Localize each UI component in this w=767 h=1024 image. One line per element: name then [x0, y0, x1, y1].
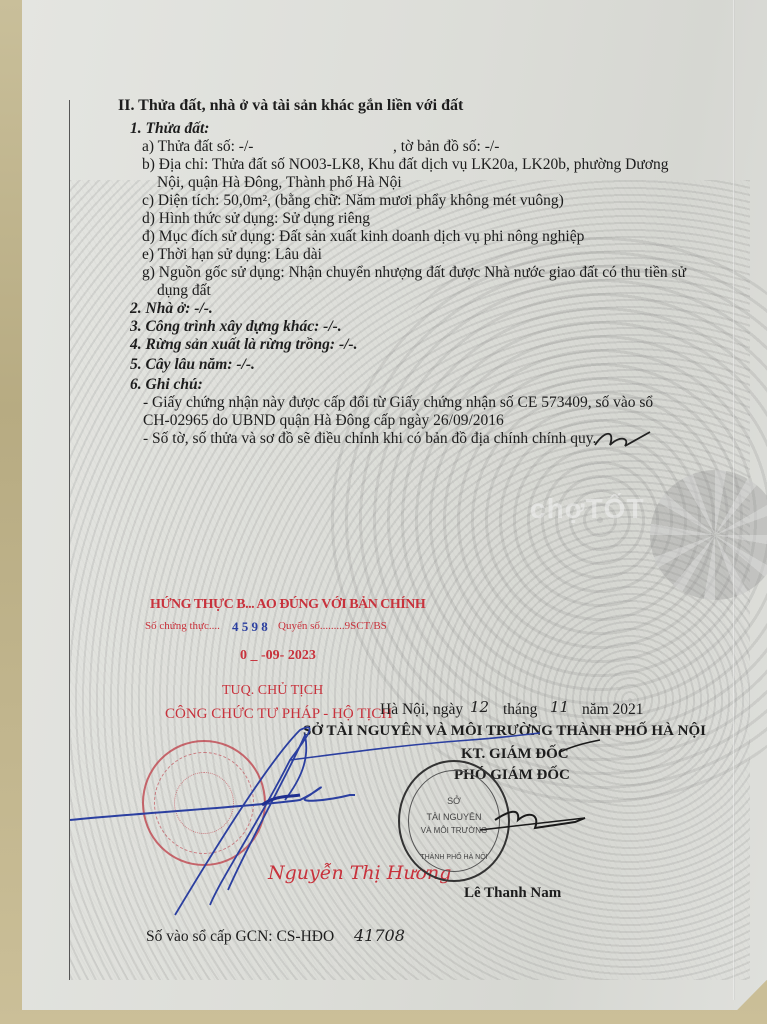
- registry-label: Số vào sổ cấp GCN: CS-HĐO: [146, 928, 334, 946]
- signature-strokes: [0, 0, 767, 1024]
- blue-signature: [70, 787, 355, 820]
- registry-number: 41708: [354, 926, 405, 945]
